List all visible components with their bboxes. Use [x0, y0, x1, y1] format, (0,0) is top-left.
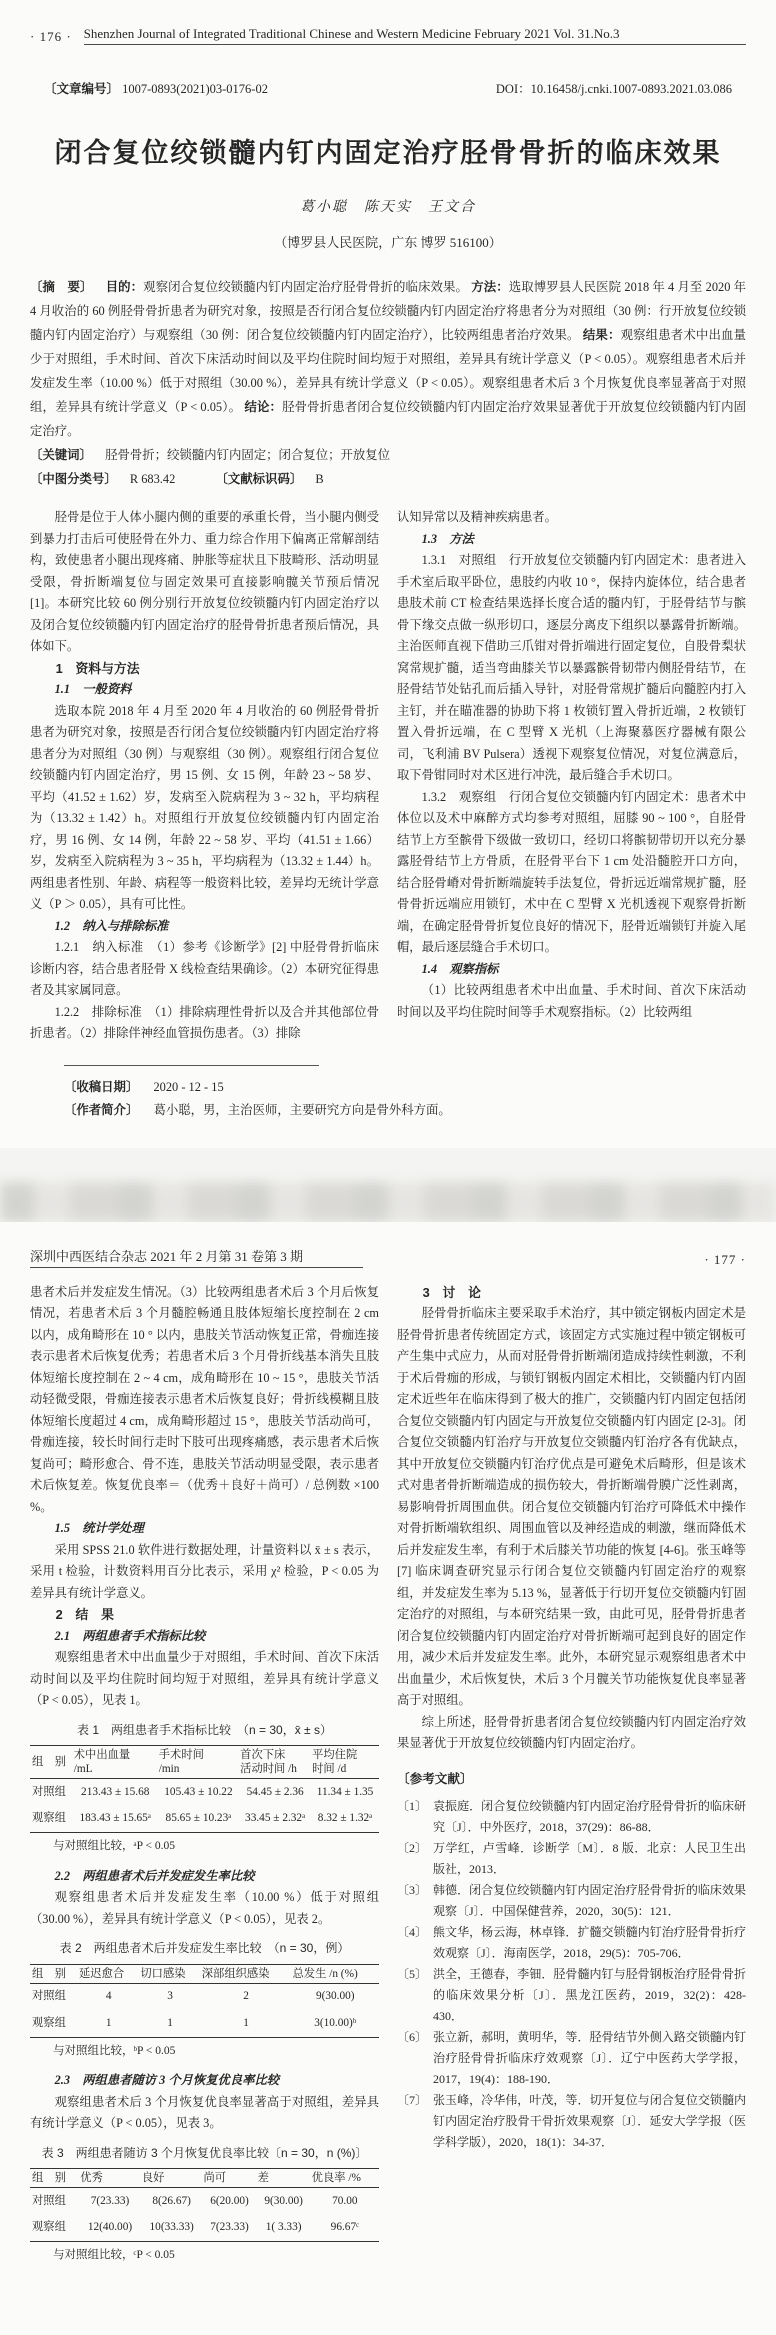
table-cell: 4: [78, 1983, 139, 2010]
table-cell: 7(23.33): [79, 2188, 141, 2215]
journal-name-en: Shenzhen Journal of Integrated Tradition…: [84, 26, 746, 45]
affiliation: （博罗县人民医院，广东 博罗 516100）: [30, 232, 746, 251]
keywords: 胫骨骨折；绞锁髓内钉内固定；闭合复位；开放复位: [105, 448, 390, 462]
section-2-3-heading: 2.3 两组患者随访 3 个月恢复优良率比较: [30, 2070, 379, 2092]
article-number: 〔文章编号〕 1007-0893(2021)03-0176-02: [44, 79, 268, 97]
table-row: 对照组 7(23.33) 8(26.67) 6(20.00) 9(30.00) …: [30, 2188, 379, 2215]
table-2-col-group: 组 别: [30, 1964, 78, 1983]
page1-right-column: 认知异常以及精神疾病患者。 1.3 方法 1.3.1 对照组 行开放复位交锁髓内…: [397, 507, 746, 1045]
reference-text: 袁振庭．闭合复位绞锁髓内钉内固定治疗胫骨骨折的临床研究〔J〕．中外医疗，2018…: [433, 1796, 746, 1838]
author-bio-label: 〔作者简介〕: [64, 1103, 138, 1117]
table-2-col-deep-infection: 深部组织感染: [201, 1964, 292, 1983]
keywords-line: 〔关键词〕 胫骨骨折；绞锁髓内钉内固定；闭合复位；开放复位: [30, 443, 746, 467]
table-cell: 183.43 ± 15.65ᵃ: [73, 1806, 158, 1833]
control-group-method-paragraph: 1.3.1 对照组 行开放复位交锁髓内钉内固定术：患者进入手术室后取平卧位，患肢…: [397, 550, 746, 787]
author-bio: 葛小聪，男，主治医师，主要研究方向是骨外科方面。: [153, 1103, 450, 1117]
table-cell: 9(30.00): [291, 1983, 379, 2010]
reference-number: 〔7〕: [397, 2090, 433, 2153]
abstract-objective-label: 目的：: [106, 280, 143, 294]
section-1-2-heading: 1.2 纳入与排除标准: [30, 916, 379, 938]
table-cell: 7(23.33): [202, 2215, 256, 2242]
table-2-col-delayed-union: 延迟愈合: [78, 1964, 139, 1983]
table-3-note: 与对照组比较，ᶜP < 0.05: [30, 2245, 379, 2267]
table-3-col-group: 组 别: [30, 2169, 79, 2188]
section-1-1-heading: 1.1 一般资料: [30, 679, 379, 701]
page2-columns: 患者术后并发症发生情况。（3）比较两组患者术后 3 个月后恢复情况，若患者术后 …: [30, 1282, 746, 2335]
section-1-heading: 1 资料与方法: [30, 658, 379, 680]
table-cell: 54.45 ± 2.36: [239, 1779, 311, 1806]
table-row: 对照组 4 3 2 9(30.00): [30, 1983, 379, 2010]
author-bio-line: 〔作者简介〕 葛小聪，男，主治医师，主要研究方向是骨外科方面。: [30, 1099, 746, 1122]
table-cell: 8.32 ± 1.32ᵃ: [311, 1806, 379, 1833]
reference-text: 熊文华，杨云海，林卓锋．扩髓交锁髓内钉治疗胫骨骨折疗效观察〔J〕．海南医学，20…: [433, 1922, 746, 1964]
authors: 葛小聪 陈天实 王文合: [30, 196, 746, 216]
table-2-caption: 表 2 两组患者术后并发症发生率比较 （n = 30，例）: [30, 1938, 379, 1960]
abstract-results-label: 结果：: [583, 328, 621, 342]
table-3-caption: 表 3 两组患者随访 3 个月恢复优良率比较〔n = 30，n (%)〕: [30, 2143, 379, 2165]
table-cell: 70.00: [311, 2188, 379, 2215]
table-row: 观察组 12(40.00) 10(33.33) 7(23.33) 1( 3.33…: [30, 2215, 379, 2242]
table-1-col-ambulation: 首次下床 活动时间 /h: [239, 1746, 311, 1779]
reference-number: 〔2〕: [397, 1838, 433, 1880]
table-row: 观察组 1 1 1 3(10.00)ᵇ: [30, 2010, 379, 2037]
table-cell: 2: [201, 1983, 292, 2010]
section-2-heading: 2 结 果: [30, 1604, 379, 1626]
table-1-col-optime: 手术时间 /min: [158, 1746, 239, 1779]
table-cell: 9(30.00): [257, 2188, 311, 2215]
table-2-col-incision-infection: 切口感染: [139, 1964, 200, 1983]
reference-number: 〔6〕: [397, 2027, 433, 2090]
journal-name-cn: 深圳中西医结合杂志 2021 年 2 月第 31 卷第 3 期: [30, 1246, 363, 1268]
abstract-objective: 观察闭合复位绞锁髓内钉内固定治疗胫骨骨折的临床效果。: [143, 280, 468, 294]
table-2-grid: 组 别 延迟愈合 切口感染 深部组织感染 总发生 /n (%) 对照组 4: [30, 1964, 379, 2038]
table-cell: 11.34 ± 1.35: [311, 1779, 379, 1806]
section-1-4-heading: 1.4 观察指标: [397, 959, 746, 981]
table-3-col-fair: 尚可: [202, 2169, 256, 2188]
table-3-col-good: 良好: [141, 2169, 203, 2188]
exclusion-criteria-paragraph: 1.2.2 排除标准 （1）排除病理性骨折以及合并其他部位骨折患者。（2）排除伴…: [30, 1002, 379, 1045]
table-cell: 观察组: [30, 2010, 78, 2037]
doc-code: B: [315, 472, 323, 486]
clc-label: 〔中图分类号〕: [30, 472, 117, 486]
table-cell: 1( 3.33): [257, 2215, 311, 2242]
doi: DOI：10.16458/j.cnki.1007-0893.2021.03.08…: [496, 79, 732, 97]
table-2-col-total: 总发生 /n (%): [291, 1964, 379, 1983]
observation-group-method-paragraph: 1.3.2 观察组 行闭合复位交锁髓内钉内固定术：患者术中体位以及术中麻醉方式均…: [397, 787, 746, 959]
table-2-header: 组 别 延迟愈合 切口感染 深部组织感染 总发生 /n (%): [30, 1964, 379, 1983]
page1-columns: 胫骨是位于人体小腿内侧的重要的承重长骨，当小腿内侧受到暴力打击后可使胫骨在外力、…: [30, 507, 746, 1045]
reference-item: 〔6〕 张立新，郝明，黄明华，等．胫骨结节外侧入路交锁髓内钉治疗胫骨骨折临床疗效…: [397, 2027, 746, 2090]
reference-number: 〔1〕: [397, 1796, 433, 1838]
reference-item: 〔5〕 洪全，王德春，李钿．胫骨髓内钉与胫骨钢板治疗胫骨骨折的临床效果分析〔J〕…: [397, 1964, 746, 2027]
statistics-paragraph: 采用 SPSS 21.0 软件进行数据处理，计量资料以 x̄ ± s 表示，采用…: [30, 1540, 379, 1605]
table-3-col-rate: 优良率 /%: [311, 2169, 379, 2188]
section-3-heading: 3 讨 论: [397, 1282, 746, 1304]
table-1-col-hospitalstay: 平均住院 时间 /d: [311, 1746, 379, 1779]
table-cell: 8(26.67): [141, 2188, 203, 2215]
table-cell: 对照组: [30, 1779, 73, 1806]
page1-running-header: · 176 · Shenzhen Journal of Integrated T…: [30, 0, 746, 45]
clc-number: R 683.42: [130, 472, 175, 486]
abstract-conclusion-label: 结论：: [244, 400, 282, 414]
clc-line: 〔中图分类号〕 R 683.42 〔文献标识码〕 B: [30, 467, 746, 491]
table-cell: 3(10.00)ᵇ: [291, 2010, 379, 2037]
recovery-rate-paragraph: 观察组患者术后 3 个月恢复优良率显著高于对照组，差异具有统计学意义（P < 0…: [30, 2092, 379, 2135]
received-date-label: 〔收稿日期〕: [64, 1080, 138, 1094]
exclusion-continuation: 认知异常以及精神疾病患者。: [397, 507, 746, 529]
page1-number: · 176 ·: [30, 29, 72, 45]
table-cell: 10(33.33): [141, 2215, 203, 2242]
table-cell: 96.67ᶜ: [311, 2215, 379, 2242]
section-2-1-heading: 2.1 两组患者手术指标比较: [30, 1626, 379, 1648]
reference-text: 韩德．闭合复位绞锁髓内钉内固定治疗胫骨骨折的临床效果观察〔J〕．中国保健营养，2…: [433, 1880, 746, 1922]
table-cell: 1: [78, 2010, 139, 2037]
table-1-grid: 组 别 术中出血量 /mL 手术时间 /min 首次下床 活动时间 /h 平均住…: [30, 1745, 379, 1833]
general-data-paragraph: 选取本院 2018 年 4 月至 2020 年 4 月收治的 60 例胫骨骨折患…: [30, 701, 379, 916]
page-edge-shadow: [0, 1182, 776, 1222]
page-1: · 176 · Shenzhen Journal of Integrated T…: [0, 0, 776, 1148]
inclusion-criteria-paragraph: 1.2.1 纳入标准 （1）参考《诊断学》[2] 中胫骨骨折临床诊断内容，结合患…: [30, 937, 379, 1002]
reference-text: 万学红，卢雪峰．诊断学〔M〕．8 版．北京：人民卫生出版社，2013．: [433, 1838, 746, 1880]
table-cell: 12(40.00): [79, 2215, 141, 2242]
keywords-label: 〔关键词〕: [30, 448, 92, 462]
reference-item: 〔3〕 韩德．闭合复位绞锁髓内钉内固定治疗胫骨骨折的临床效果观察〔J〕．中国保健…: [397, 1880, 746, 1922]
article-title: 闭合复位绞锁髓内钉内固定治疗胫骨骨折的临床效果: [30, 131, 746, 170]
table-2: 表 2 两组患者术后并发症发生率比较 （n = 30，例） 组 别 延迟愈合 切…: [30, 1938, 379, 2062]
reference-text: 洪全，王德春，李钿．胫骨髓内钉与胫骨钢板治疗胫骨骨折的临床效果分析〔J〕．黑龙江…: [433, 1964, 746, 2027]
observation-index-continuation: 患者术后并发症发生情况。（3）比较两组患者术后 3 个月后恢复情况，若患者术后 …: [30, 1282, 379, 1519]
article-number-value: 1007-0893(2021)03-0176-02: [122, 82, 268, 96]
table-1-col-bloodloss: 术中出血量 /mL: [73, 1746, 158, 1779]
table-1-header: 组 别 术中出血量 /mL 手术时间 /min 首次下床 活动时间 /h 平均住…: [30, 1746, 379, 1779]
complication-paragraph: 观察组患者术后并发症发生率（10.00 %）低于对照组（30.00 %），差异具…: [30, 1887, 379, 1930]
table-row: 对照组 213.43 ± 15.68 105.43 ± 10.22 54.45 …: [30, 1779, 379, 1806]
references-list: 〔1〕 袁振庭．闭合复位绞锁髓内钉内固定治疗胫骨骨折的临床研究〔J〕．中外医疗，…: [397, 1796, 746, 2153]
intro-paragraph: 胫骨是位于人体小腿内侧的重要的承重长骨，当小腿内侧受到暴力打击后可使胫骨在外力、…: [30, 507, 379, 658]
received-date-line: 〔收稿日期〕 2020 - 12 - 15: [30, 1076, 746, 1099]
abstract-methods-label: 方法：: [471, 280, 508, 294]
footnote-rule: [64, 1065, 319, 1066]
table-3-grid: 组 别 优秀 良好 尚可 差 优良率 /% 对照组 7(23.3: [30, 2168, 379, 2242]
page2-right-column: 3 讨 论 胫骨骨折临床主要采取手术治疗，其中锁定钢板内固定术是胫骨骨折患者传统…: [397, 1282, 746, 2275]
surgical-index-paragraph: 观察组患者术中出血量少于对照组，手术时间、首次下床活动时间以及平均住院时间均短于…: [30, 1647, 379, 1712]
page1-footnote: 〔收稿日期〕 2020 - 12 - 15 〔作者简介〕 葛小聪，男，主治医师，…: [30, 1065, 746, 1148]
abstract-label: 〔摘 要〕: [30, 280, 92, 294]
received-date: 2020 - 12 - 15: [153, 1080, 223, 1094]
reference-number: 〔5〕: [397, 1964, 433, 2027]
table-cell: 1: [201, 2010, 292, 2037]
observation-index-paragraph: （1）比较两组患者术中出血量、手术时间、首次下床活动时间以及平均住院时间等手术观…: [397, 980, 746, 1023]
reference-text: 张立新，郝明，黄明华，等．胫骨结节外侧入路交锁髓内钉治疗胫骨骨折临床疗效观察〔J…: [433, 2027, 746, 2090]
table-1-note: 与对照组比较，ᵃP < 0.05: [30, 1836, 379, 1858]
page2-left-column: 患者术后并发症发生情况。（3）比较两组患者术后 3 个月后恢复情况，若患者术后 …: [30, 1282, 379, 2275]
reference-number: 〔3〕: [397, 1880, 433, 1922]
table-1-caption: 表 1 两组患者手术指标比较 （n = 30，x̄ ± s）: [30, 1720, 379, 1742]
reference-item: 〔2〕 万学红，卢雪峰．诊断学〔M〕．8 版．北京：人民卫生出版社，2013．: [397, 1838, 746, 1880]
table-cell: 对照组: [30, 1983, 78, 2010]
table-cell: 观察组: [30, 2215, 79, 2242]
table-3-col-excellent: 优秀: [79, 2169, 141, 2188]
conclusion-paragraph: 综上所述，胫骨骨折患者闭合复位绞锁髓内钉内固定治疗效果显著优于开放复位绞锁髓内钉…: [397, 1712, 746, 1755]
table-1-col-group: 组 别: [30, 1746, 73, 1779]
table-cell: 1: [139, 2010, 200, 2037]
table-cell: 6(20.00): [202, 2188, 256, 2215]
page2-number: · 177 ·: [704, 1252, 746, 1268]
table-row: 观察组 183.43 ± 15.65ᵃ 85.65 ± 10.23ᵃ 33.45…: [30, 1806, 379, 1833]
article-number-label: 〔文章编号〕: [44, 82, 119, 96]
reference-text: 张玉峰，冷华伟，叶茂，等．切开复位与闭合复位交锁髓内钉内固定治疗股骨干骨折效果观…: [433, 2090, 746, 2153]
page-2: 深圳中西医结合杂志 2021 年 2 月第 31 卷第 3 期 · 177 · …: [0, 1222, 776, 2335]
references-heading: 〔参考文献〕: [397, 1769, 746, 1791]
table-1: 表 1 两组患者手术指标比较 （n = 30，x̄ ± s） 组 别 术中出血量…: [30, 1720, 379, 1858]
section-1-3-heading: 1.3 方法: [397, 529, 746, 551]
reference-number: 〔4〕: [397, 1922, 433, 1964]
table-cell: 观察组: [30, 1806, 73, 1833]
reference-item: 〔1〕 袁振庭．闭合复位绞锁髓内钉内固定治疗胫骨骨折的临床研究〔J〕．中外医疗，…: [397, 1796, 746, 1838]
section-2-2-heading: 2.2 两组患者术后并发症发生率比较: [30, 1866, 379, 1888]
doc-code-label: 〔文献标识码〕: [216, 472, 303, 486]
page2-running-header: 深圳中西医结合杂志 2021 年 2 月第 31 卷第 3 期 · 177 ·: [30, 1222, 746, 1268]
reference-item: 〔4〕 熊文华，杨云海，林卓锋．扩髓交锁髓内钉治疗胫骨骨折疗效观察〔J〕．海南医…: [397, 1922, 746, 1964]
reference-item: 〔7〕 张玉峰，冷华伟，叶茂，等．切开复位与闭合复位交锁髓内钉内固定治疗股骨干骨…: [397, 2090, 746, 2153]
table-cell: 33.45 ± 2.32ᵃ: [239, 1806, 311, 1833]
page1-left-column: 胫骨是位于人体小腿内侧的重要的承重长骨，当小腿内侧受到暴力打击后可使胫骨在外力、…: [30, 507, 379, 1045]
table-cell: 85.65 ± 10.23ᵃ: [158, 1806, 239, 1833]
table-cell: 对照组: [30, 2188, 79, 2215]
table-cell: 105.43 ± 10.22: [158, 1779, 239, 1806]
table-cell: 213.43 ± 15.68: [73, 1779, 158, 1806]
abstract: 〔摘 要〕 目的：观察闭合复位绞锁髓内钉内固定治疗胫骨骨折的临床效果。 方法：选…: [30, 275, 746, 443]
table-cell: 3: [139, 1983, 200, 2010]
table-3-col-poor: 差: [257, 2169, 311, 2188]
discussion-paragraph: 胫骨骨折临床主要采取手术治疗，其中锁定钢板内固定术是胫骨骨折患者传统固定方式，该…: [397, 1303, 746, 1712]
article-meta-line: 〔文章编号〕 1007-0893(2021)03-0176-02 DOI：10.…: [30, 79, 746, 97]
table-2-note: 与对照组比较，ᵇP < 0.05: [30, 2041, 379, 2063]
table-3: 表 3 两组患者随访 3 个月恢复优良率比较〔n = 30，n (%)〕 组 别…: [30, 2143, 379, 2267]
table-3-header: 组 别 优秀 良好 尚可 差 优良率 /%: [30, 2169, 379, 2188]
section-1-5-heading: 1.5 统计学处理: [30, 1518, 379, 1540]
